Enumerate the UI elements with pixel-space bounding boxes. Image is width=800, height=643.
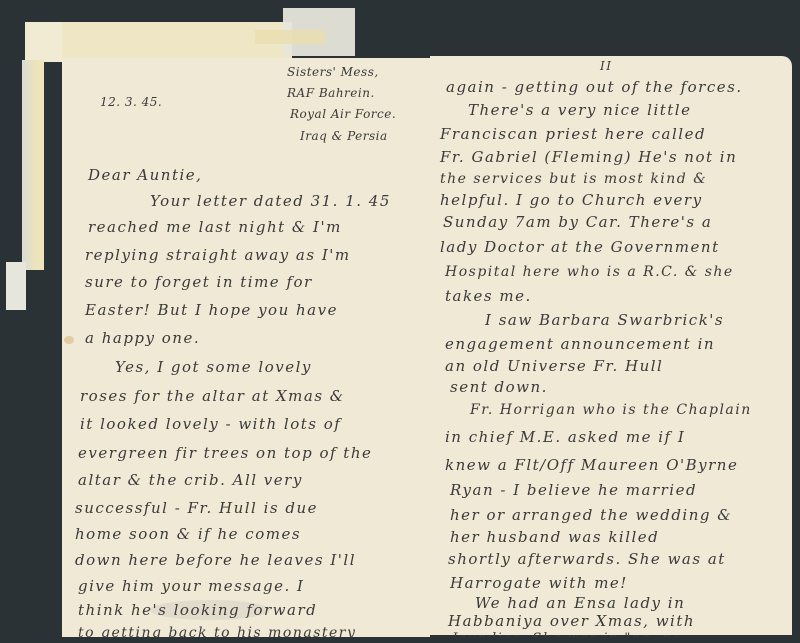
letter-line: reached me last night & I'm (88, 220, 342, 235)
tape-stain-top (255, 30, 325, 44)
adhesive-tape-left (6, 262, 26, 310)
address-line-2: RAF Bahrein. (287, 87, 375, 99)
letter-line: an old Universe Fr. Hull (445, 359, 663, 374)
letter-line: again - getting out of the forces. (446, 80, 743, 95)
letter-line: home soon & if he comes (75, 527, 301, 542)
letter-line: takes me. (445, 289, 532, 304)
letter-line: Habbaniya over Xmas, with (448, 614, 695, 629)
letter-line: Yes, I got some lovely (115, 360, 312, 375)
letter-line: her or arranged the wedding & (450, 508, 732, 523)
letter-line: successful - Fr. Hull is due (75, 501, 318, 516)
letter-line: Harrogate with me! (450, 576, 628, 591)
letter-line: sent down. (450, 380, 548, 395)
bottom-scan-border (0, 637, 800, 643)
address-line-1: Sisters' Mess, (287, 66, 379, 78)
letter-line: sure to forget in time for (85, 275, 313, 290)
letter-line: altar & the crib. All very (78, 473, 303, 488)
address-line-4: Iraq & Persia (300, 130, 388, 142)
address-line-3: Royal Air Force. (290, 108, 396, 120)
letter-line: Fr. Gabriel (Fleming) He's not in (440, 150, 737, 165)
letter-line: lady Doctor at the Government (440, 240, 720, 255)
tape-stain-left-edge (22, 60, 44, 270)
letter-line: Sunday 7am by Car. There's a (443, 215, 712, 230)
letter-line: helpful. I go to Church every (440, 193, 703, 208)
letter-line: Fr. Horrigan who is the Chaplain (470, 403, 752, 417)
letter-line: her husband was killed (450, 530, 659, 545)
letter-line: it looked lovely - with lots of (80, 417, 341, 432)
letter-line: I saw Barbara Swarbrick's (485, 313, 724, 328)
page-number-mark: II (600, 60, 612, 72)
letter-line: Easter! But I hope you have (85, 303, 338, 318)
letter-line: replying straight away as I'm (85, 248, 351, 263)
letter-line: shortly afterwards. She was at (448, 552, 726, 567)
letter-line: We had an Ensa lady in (475, 596, 685, 611)
letter-line: evergreen fir trees on top of the (78, 446, 372, 461)
salutation: Dear Auntie, (88, 168, 202, 183)
letter-line: Your letter dated 31. 1. 45 (150, 194, 391, 209)
letter-line: engagement announcement in (445, 337, 715, 352)
letter-line: down here before he leaves I'll (75, 553, 356, 568)
letter-line: Franciscan priest here called (440, 127, 706, 142)
rust-stain (64, 336, 74, 344)
letter-line: the services but is most kind & (440, 172, 707, 186)
letter-line: give him your message. I (78, 579, 304, 594)
letter-line: knew a Flt/Off Maureen O'Byrne (445, 458, 738, 473)
letter-line: think he's looking forward (78, 603, 317, 618)
letter-date: 12. 3. 45. (100, 96, 162, 108)
letter-line: in chief M.E. asked me if I (445, 430, 685, 445)
letter-line: Hospital here who is a R.C. & she (445, 265, 734, 279)
letter-line: a happy one. (85, 331, 200, 346)
letter-line: roses for the altar at Xmas & (80, 389, 345, 404)
letter-line: Ryan - I believe he married (450, 483, 697, 498)
letter-line: There's a very nice little (468, 103, 691, 118)
